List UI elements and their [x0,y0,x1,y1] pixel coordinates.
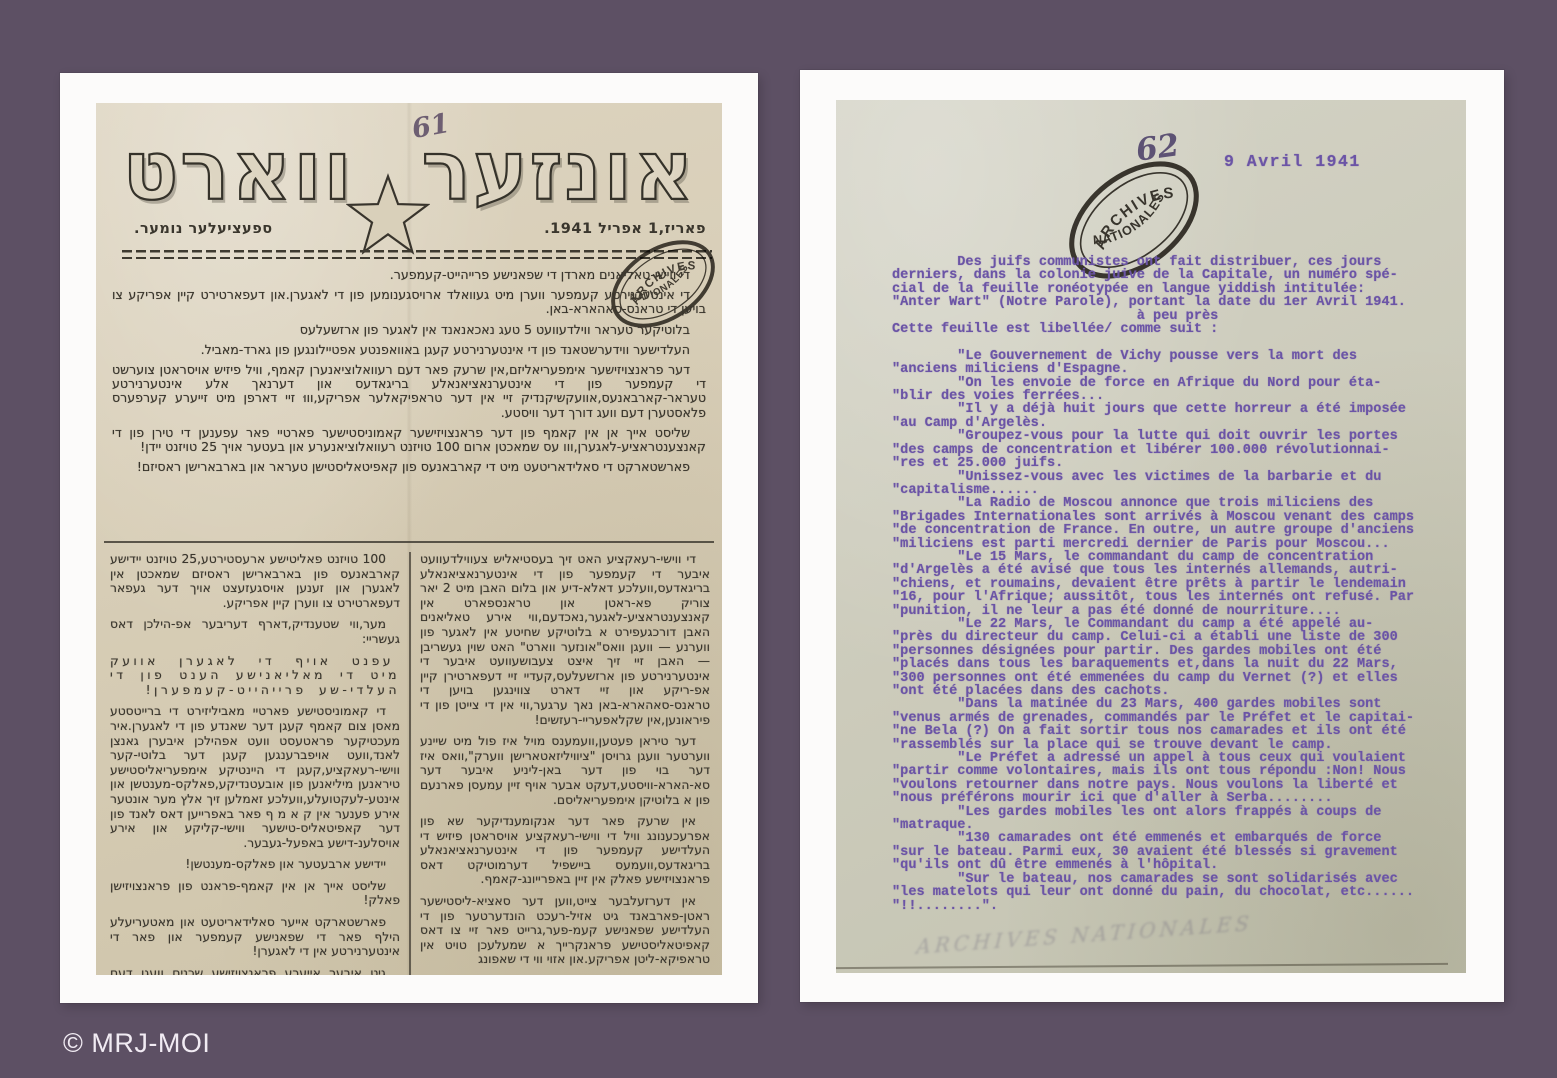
dateline: פאריז,1 אפריל 1941. ספעציעלער נומער. [134,221,706,237]
column-paragraph: דער טיראן פעטען,וועמענס מויל איז פול מיט… [420,734,710,807]
french-report-page: 62 ARCHIVES NATIONALES [836,100,1466,973]
leaflet-intro-section: די ווישי-טאליאנים מארדן די שפאנישע פרייה… [112,268,706,480]
report-body-text: Des juifs communistes ont fait distribue… [892,256,1466,913]
column-paragraph: יידישע ארבעטער און פאלקס-מענטשן! [110,857,400,872]
copyright-label: © MRJ-MOI [63,1028,210,1059]
column-paragraph: אין דערזעלבער צייט,ווען דער סאציא-ליסטיש… [420,894,710,967]
column-paragraph: אין שרעק פאר דער אנקומענדיקער שא פון אפר… [420,814,710,887]
column-paragraph: גיט איבער אייערע פראנצויזישע שכנים וועגן… [110,966,400,975]
intro-paragraph: די ווישי-טאליאנים מארדן די שפאנישע פרייה… [112,268,706,282]
intro-paragraph: העלדישער ווידערשטאנד פון די אינטערנירטע … [112,343,706,357]
column-paragraph: 100 טויזנט פאליטישע ארעסטירטע,25 טויזנט … [110,552,400,610]
star-icon [346,173,430,257]
column-paragraph: די קאמוניסטישע פארטיי מאביליזירט די בריי… [110,704,400,850]
french-report-scan: 62 ARCHIVES NATIONALES [800,70,1504,1002]
report-date: 9 Avril 1941 [1224,152,1361,171]
column-slogan-spaced: עפנט אויף די לאגערן אוועק מיט די מאליאני… [110,654,400,698]
column-paragraph: מער,ווי שטענדיק,דארף דעריבער אפ-הילכן דא… [110,617,400,646]
column-paragraph: פארשטארקט אייער סאלידאריטעט און מאטעריעל… [110,915,400,959]
column-divider-rule [409,552,411,975]
yiddish-leaflet-scan: 61 אונזער ווארט פאריז,1 אפריל 1941. ספעצ… [60,73,758,1003]
masthead-word-vort: ווארט [123,129,354,215]
masthead-word-unzer: אונזער [422,129,696,215]
yiddish-leaflet-page: 61 אונזער ווארט פאריז,1 אפריל 1941. ספעצ… [96,103,722,975]
column-paragraph: די ווישי-רעאקציע האט זיך בעסטיאליש צעווי… [420,552,710,727]
column-paragraph: שליסט אייך אן אין קאמף-פראנט פון פראנצוי… [110,879,400,908]
masthead-divider [122,250,712,259]
intro-paragraph: דער פראנצויזישער אימפעריאליזם,אין שרעק פ… [112,363,706,420]
intro-paragraph: די אינטערנירטע קעמפער ווערן מיט געוואלד … [112,288,706,316]
leaflet-two-column-section: די ווישי-רעאקציע האט זיך בעסטיאליש צעווי… [110,552,710,975]
column-left: 100 טויזנט פאליטישע ארעסטירטע,25 טויזנט … [110,552,400,975]
intro-paragraph: פארשטארקט די סאלידאריטעט מיט די קארבאנעס… [112,460,706,474]
faint-stamp-remnant: ARCHIVES NATIONALES [916,911,1254,959]
intro-paragraph: שליסט אייך אן אין קאמף פון דער פראנצויזי… [112,426,706,454]
section-divider-rule [104,541,714,543]
column-right: די ווישי-רעאקציע האט זיך בעסטיאליש צעווי… [420,552,710,975]
dateline-special-issue: ספעציעלער נומער. [134,221,273,237]
screenshot-canvas: 61 אונזער ווארט פאריז,1 אפריל 1941. ספעצ… [0,0,1557,1078]
intro-paragraph: בלוטיקער טעראר ווילדעוועט 5 טעג נאכאנאנד… [112,323,706,337]
